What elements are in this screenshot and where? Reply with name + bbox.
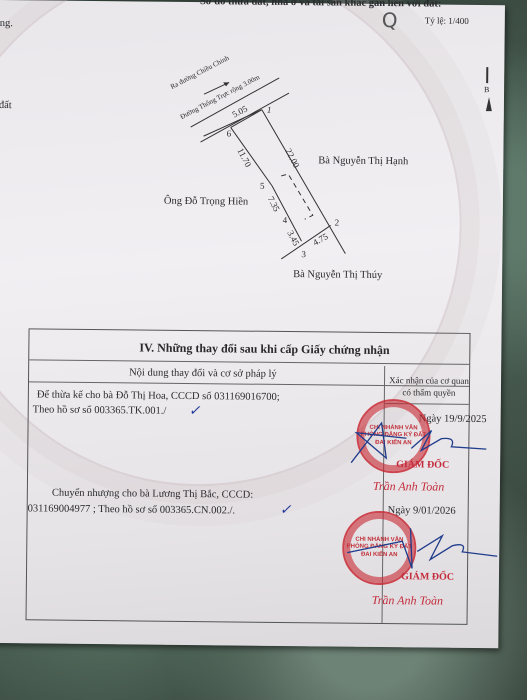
changes-table: IV. Những thay đổi sau khi cấp Giấy chứn… [26, 328, 471, 625]
table-title: IV. Những thay đổi sau khi cấp Giấy chứn… [139, 340, 389, 358]
entry-1-checkmark: ✓ [189, 403, 201, 420]
land-certificate-page: Sơ đồ thửa đất, nhà ở và tài sản khác gắ… [0, 0, 505, 648]
column-header-confirm: Xác nhận của cơ quan có thẩm quyền [389, 375, 469, 399]
left-fragment-1: ng. [0, 18, 13, 29]
point-1: 1 [267, 105, 272, 115]
neighbor-south: Bà Nguyễn Thị Thúy [293, 269, 382, 281]
entry-1-content-line1: Để thừa kế cho bà Đỗ Thị Hoa, CCCD số 03… [37, 389, 280, 403]
north-arrow-icon [486, 67, 488, 83]
entry-2-signature [342, 523, 503, 575]
entry-1-signer: Trần Anh Toàn [373, 479, 445, 495]
column-header-content: Nội dung thay đổi và cơ sở pháp lý [129, 367, 277, 380]
neighbor-west: Ông Đỗ Trọng Hiền [164, 196, 248, 208]
entry-2-content-line2: 031169004977 ; Theo hồ sơ số 003365.CN.0… [28, 503, 235, 516]
point-2: 2 [335, 218, 340, 228]
entry-1-signature [346, 418, 497, 470]
map-section-heading: Sơ đồ thửa đất, nhà ở và tài sản khác gắ… [200, 0, 441, 10]
plot-diagram [147, 52, 399, 295]
north-label: B [484, 85, 489, 94]
north-arrow-tail-icon [486, 97, 492, 111]
handwritten-mark: Q [382, 8, 398, 32]
point-5: 5 [260, 181, 265, 191]
entry-2-signer: Trần Anh Toàn [372, 593, 444, 609]
left-fragment-2: đất [0, 100, 12, 111]
entry-2-checkmark: ✓ [280, 502, 292, 519]
entry-1-content-line2: Theo hồ sơ số 003365.TK.001./ [33, 404, 167, 416]
neighbor-east: Bà Nguyễn Thị Hạnh [318, 155, 408, 167]
scale-label: Tỷ lệ: 1/400 [425, 15, 469, 25]
point-3: 3 [301, 249, 306, 259]
entry-2-content-line1: Chuyển nhượng cho bà Lương Thị Bắc, CCCD… [52, 488, 253, 501]
point-4: 4 [283, 215, 288, 225]
point-6: 6 [227, 128, 232, 138]
